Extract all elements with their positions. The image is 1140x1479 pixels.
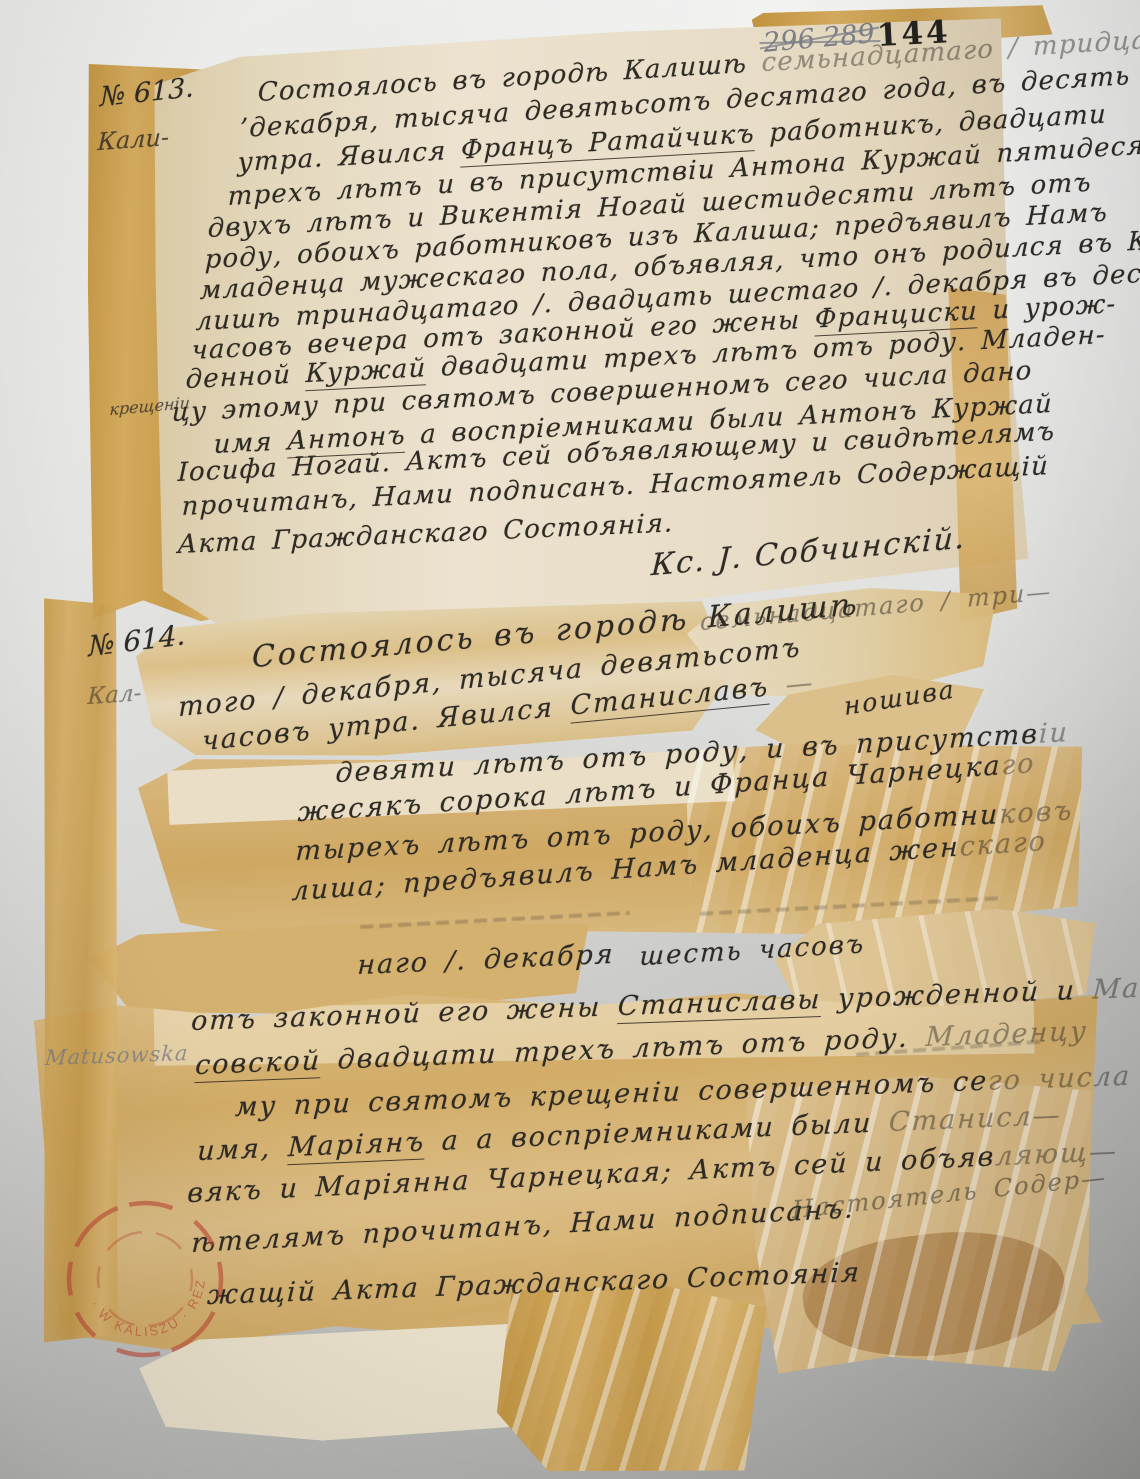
red-round-stamp: · W KALISZU · REZ xyxy=(35,1169,256,1390)
brown-paper-patch xyxy=(797,1218,1072,1371)
record-613-place: Кали- xyxy=(97,123,170,156)
stamp-arc-text: · W KALISZU · REZ xyxy=(86,1274,218,1351)
cellophane-shine xyxy=(495,1279,767,1478)
tape-piece-bottom-center xyxy=(495,1279,767,1478)
pencil-surname-note: Matusowska xyxy=(44,1041,189,1070)
svg-text:· W KALISZU · REZ: · W KALISZU · REZ xyxy=(86,1274,218,1351)
photograph-of-document: 296 289 144 № 613. Кали- крещеніи Состоя… xyxy=(0,0,1140,1479)
record-614-place: Кал- xyxy=(87,680,142,710)
